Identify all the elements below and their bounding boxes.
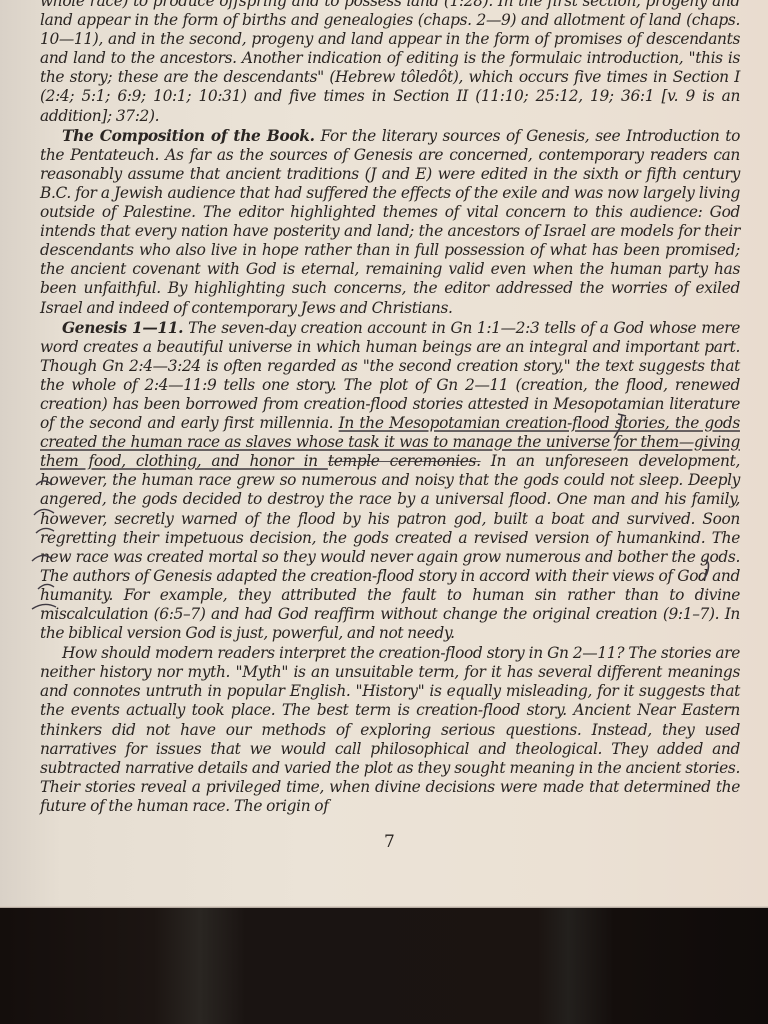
paragraph-composition: The Composition of the Book. For the lit… [40, 127, 740, 318]
paragraph-text: For the literary sources of Genesis, see… [40, 127, 740, 317]
paragraph-text: whole race) to produce offspring and to … [40, 0, 740, 125]
section-heading-genesis-1-11: Genesis 1—11. [62, 319, 183, 337]
paragraph-interpretation: How should modern readers interpret the … [40, 644, 740, 816]
paragraph-text: How should modern readers interpret the … [40, 644, 740, 815]
book-page: whole race) to produce offspring and to … [0, 0, 768, 908]
paragraph-genesis-1-11: Genesis 1—11. The seven-day creation acc… [40, 319, 740, 644]
page-number: 7 [384, 832, 395, 852]
page-text-body: whole race) to produce offspring and to … [40, 0, 740, 816]
pen-struck-passage: temple ceremonies. [328, 452, 481, 470]
paragraph-intro-continued: whole race) to produce offspring and to … [40, 0, 740, 126]
paragraph-text: In an unforeseen development, however, t… [40, 452, 740, 642]
section-heading-composition: The Composition of the Book. [62, 127, 315, 145]
background-surface [0, 908, 768, 1024]
